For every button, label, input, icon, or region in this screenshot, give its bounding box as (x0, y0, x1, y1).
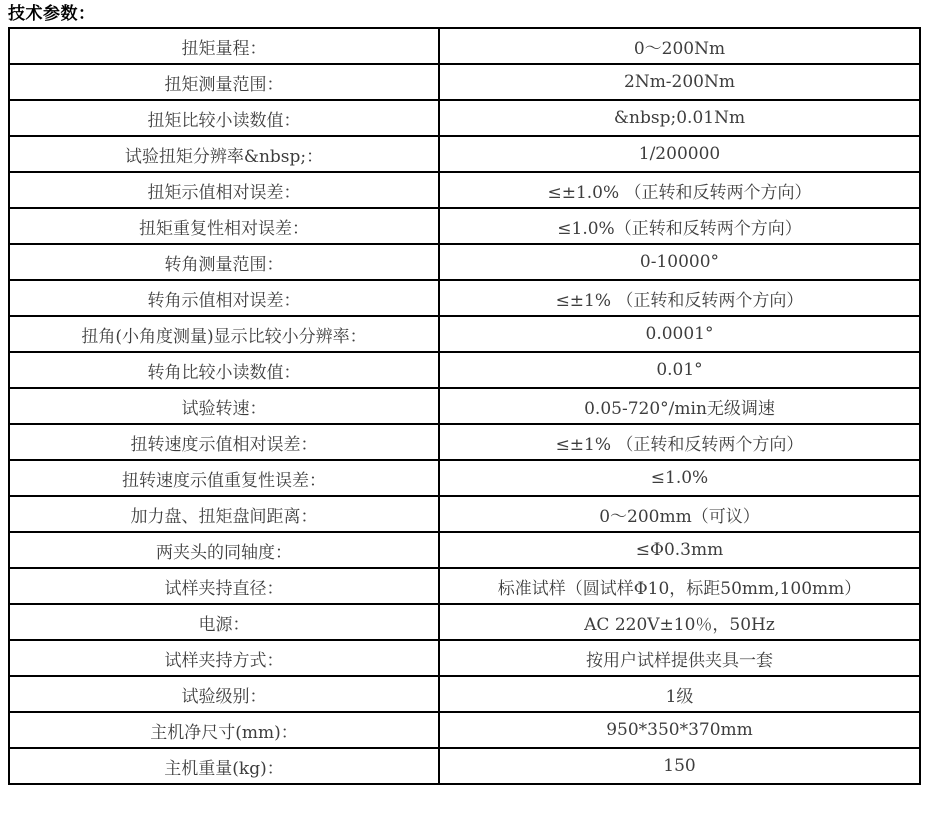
page-title: 技术参数： (8, 3, 928, 25)
param-value-cell: 0.0001° (439, 316, 920, 352)
param-value-cell: ≤1.0% (439, 460, 920, 496)
table-row: 试验转速： 0.05-720°/min无级调速 (9, 388, 920, 424)
table-row: 扭矩比较小读数值： &nbsp;0.01Nm (9, 100, 920, 136)
spec-table: 扭矩量程： 0～200Nm 扭矩测量范围： 2Nm-200Nm 扭矩比较小读数值… (8, 27, 921, 785)
spec-table-body: 扭矩量程： 0～200Nm 扭矩测量范围： 2Nm-200Nm 扭矩比较小读数值… (9, 28, 920, 784)
param-value-cell: 2Nm-200Nm (439, 64, 920, 100)
param-value-cell: ≤±1.0% （正转和反转两个方向） (439, 172, 920, 208)
table-row: 扭矩示值相对误差： ≤±1.0% （正转和反转两个方向） (9, 172, 920, 208)
param-value-cell: 0～200mm（可议） (439, 496, 920, 532)
param-label-cell: 扭转速度示值重复性误差： (9, 460, 439, 496)
param-label-cell: 扭角(小角度测量)显示比较小分辨率： (9, 316, 439, 352)
param-label-cell: 扭矩比较小读数值： (9, 100, 439, 136)
param-value-cell: 0-10000° (439, 244, 920, 280)
table-row: 试样夹持直径： 标准试样（圆试样Φ10，标距50mm,100mm） (9, 568, 920, 604)
table-row: 两夹头的同轴度： ≤Φ0.3mm (9, 532, 920, 568)
param-label-cell: 扭矩量程： (9, 28, 439, 64)
param-value-cell: 0.05-720°/min无级调速 (439, 388, 920, 424)
table-row: 转角比较小读数值： 0.01° (9, 352, 920, 388)
param-label-cell: 转角测量范围： (9, 244, 439, 280)
param-label-cell: 主机净尺寸(mm)： (9, 712, 439, 748)
param-value-cell: 950*350*370mm (439, 712, 920, 748)
param-value-cell: 按用户试样提供夹具一套 (439, 640, 920, 676)
param-label-cell: 两夹头的同轴度： (9, 532, 439, 568)
param-value-cell: 1级 (439, 676, 920, 712)
table-row: 转角示值相对误差： ≤±1% （正转和反转两个方向） (9, 280, 920, 316)
param-label-cell: 加力盘、扭矩盘间距离： (9, 496, 439, 532)
param-value-cell: 150 (439, 748, 920, 784)
table-row: 主机重量(kg)： 150 (9, 748, 920, 784)
param-value-cell: 1/200000 (439, 136, 920, 172)
table-row: 加力盘、扭矩盘间距离： 0～200mm（可议） (9, 496, 920, 532)
table-row: 扭转速度示值相对误差： ≤±1% （正转和反转两个方向） (9, 424, 920, 460)
param-label-cell: 扭矩示值相对误差： (9, 172, 439, 208)
table-row: 试验扭矩分辨率&nbsp;： 1/200000 (9, 136, 920, 172)
param-label-cell: 试验扭矩分辨率&nbsp;： (9, 136, 439, 172)
table-row: 扭转速度示值重复性误差： ≤1.0% (9, 460, 920, 496)
param-value-cell: 标准试样（圆试样Φ10，标距50mm,100mm） (439, 568, 920, 604)
table-row: 扭矩量程： 0～200Nm (9, 28, 920, 64)
param-label-cell: 扭矩测量范围： (9, 64, 439, 100)
page: 技术参数： 扭矩量程： 0～200Nm 扭矩测量范围： 2Nm-200Nm 扭矩… (0, 0, 928, 831)
table-row: 试样夹持方式： 按用户试样提供夹具一套 (9, 640, 920, 676)
param-value-cell: ≤±1% （正转和反转两个方向） (439, 280, 920, 316)
param-label-cell: 试验转速： (9, 388, 439, 424)
param-value-cell: &nbsp;0.01Nm (439, 100, 920, 136)
param-label-cell: 试样夹持直径： (9, 568, 439, 604)
table-row: 电源： AC 220V±10％，50Hz (9, 604, 920, 640)
param-value-cell: ≤1.0%（正转和反转两个方向） (439, 208, 920, 244)
param-label-cell: 主机重量(kg)： (9, 748, 439, 784)
table-row: 扭角(小角度测量)显示比较小分辨率： 0.0001° (9, 316, 920, 352)
param-label-cell: 扭转速度示值相对误差： (9, 424, 439, 460)
param-label-cell: 转角比较小读数值： (9, 352, 439, 388)
table-row: 转角测量范围： 0-10000° (9, 244, 920, 280)
param-label-cell: 电源： (9, 604, 439, 640)
param-value-cell: AC 220V±10％，50Hz (439, 604, 920, 640)
param-value-cell: ≤Φ0.3mm (439, 532, 920, 568)
table-row: 扭矩测量范围： 2Nm-200Nm (9, 64, 920, 100)
param-value-cell: 0.01° (439, 352, 920, 388)
table-row: 试验级别： 1级 (9, 676, 920, 712)
param-label-cell: 试样夹持方式： (9, 640, 439, 676)
param-value-cell: 0～200Nm (439, 28, 920, 64)
param-label-cell: 试验级别： (9, 676, 439, 712)
param-label-cell: 转角示值相对误差： (9, 280, 439, 316)
param-label-cell: 扭矩重复性相对误差： (9, 208, 439, 244)
table-row: 扭矩重复性相对误差： ≤1.0%（正转和反转两个方向） (9, 208, 920, 244)
param-value-cell: ≤±1% （正转和反转两个方向） (439, 424, 920, 460)
table-row: 主机净尺寸(mm)： 950*350*370mm (9, 712, 920, 748)
